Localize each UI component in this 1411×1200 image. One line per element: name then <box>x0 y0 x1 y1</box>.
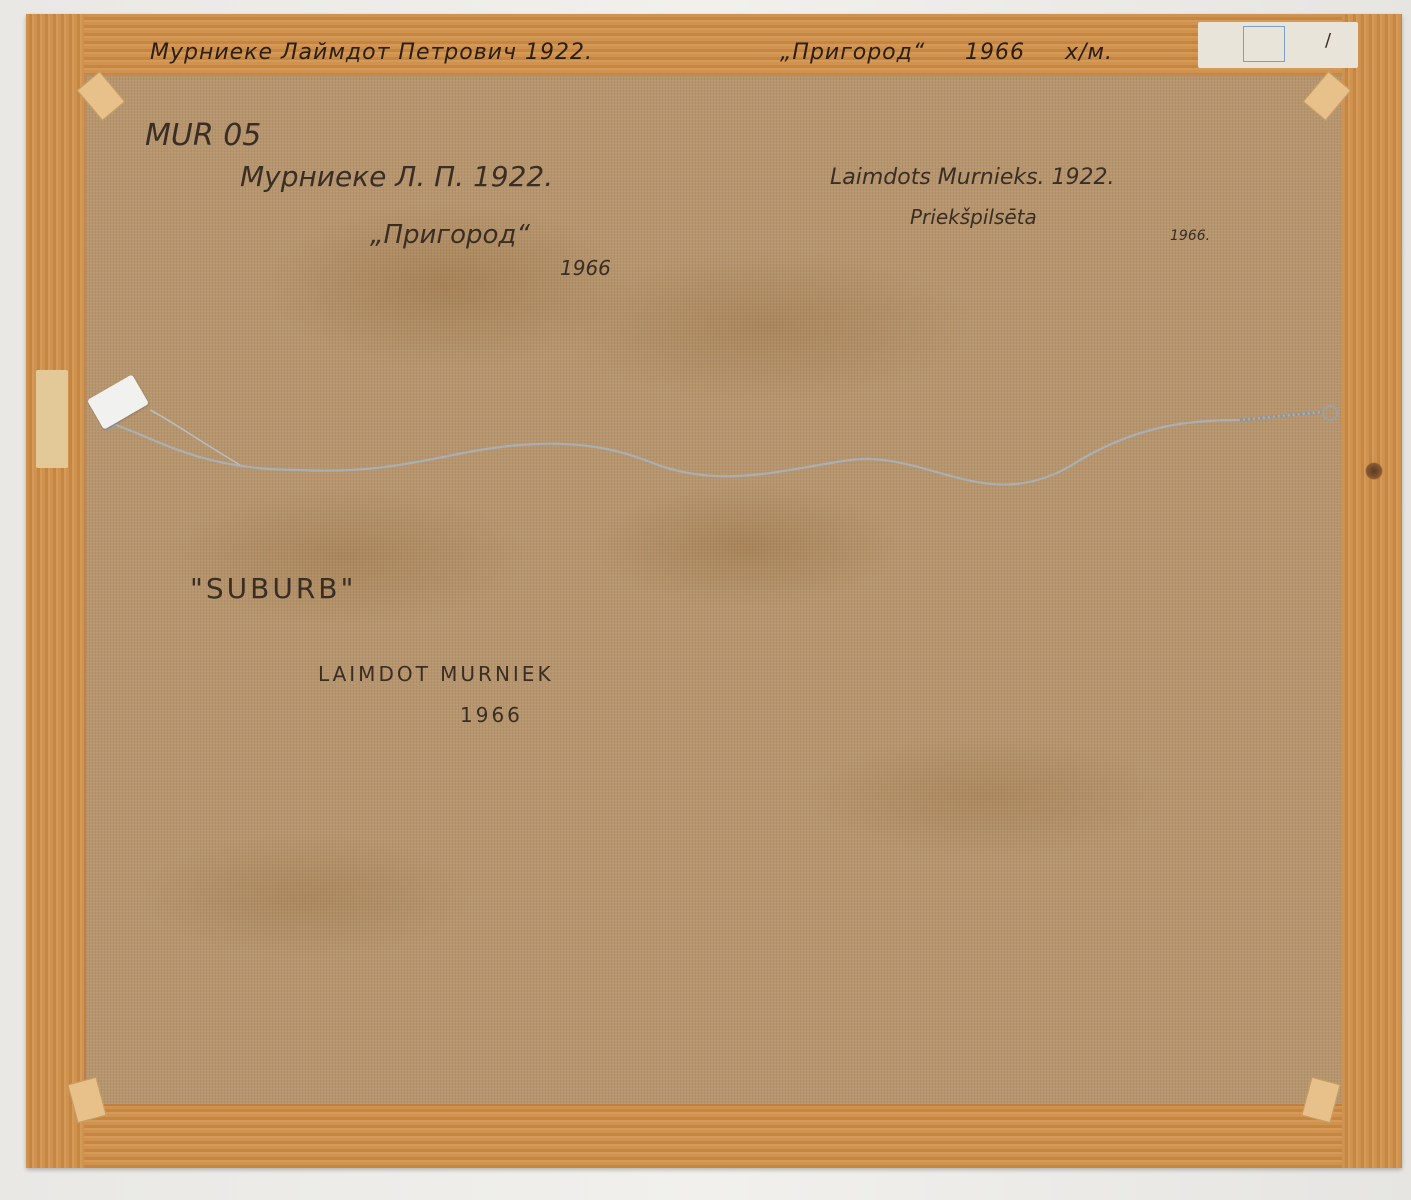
wood-knot <box>1365 462 1383 480</box>
screw-eye-right <box>1322 405 1338 421</box>
hanging-wire <box>0 0 1411 1200</box>
